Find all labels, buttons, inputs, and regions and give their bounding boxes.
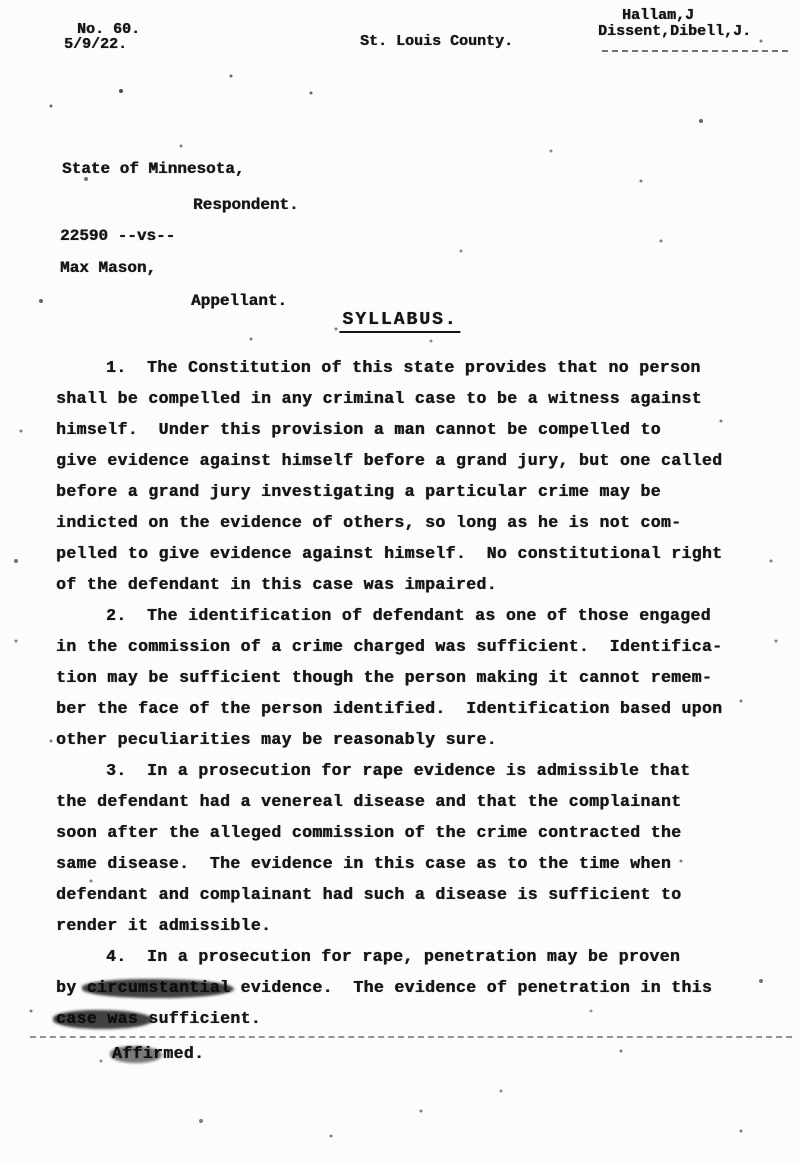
body-line: before a grand jury investigating a part… [56, 476, 756, 507]
syllabus-heading: SYLLABUS. [339, 310, 460, 333]
bottom-dashed-line [30, 1036, 792, 1038]
scanned-court-document: No. 60. 5/9/22. St. Louis County. Hallam… [0, 0, 800, 1163]
paragraph: 2. The identification of defendant as on… [56, 600, 756, 755]
body-text: 1. The Constitution of this state provid… [56, 352, 756, 1034]
case-number-vs: 22590 --vs-- [60, 227, 360, 245]
ink-smudge [53, 1010, 153, 1029]
docket-number: No. 60. [64, 22, 140, 37]
body-line: 3. In a prosecution for rape evidence is… [56, 755, 756, 786]
body-line: 2. The identification of defendant as on… [56, 600, 756, 631]
body-line: indicted on the evidence of others, so l… [56, 507, 756, 538]
plaintiff-name: State of Minnesota, [62, 160, 462, 178]
paragraph: 3. In a prosecution for rape evidence is… [56, 755, 756, 941]
header-judges-block: Hallam,J Dissent,Dibell,J. [598, 8, 751, 40]
defendant-name: Max Mason, [60, 259, 360, 277]
body-line: case was sufficient. [56, 1003, 756, 1034]
body-line: the defendant had a venereal disease and… [56, 786, 756, 817]
paragraph: 1. The Constitution of this state provid… [56, 352, 756, 600]
body-line: other peculiarities may be reasonably su… [56, 724, 756, 755]
body-line: same disease. The evidence in this case … [56, 848, 756, 879]
ink-smudge [82, 979, 234, 998]
body-line: render it admissible. [56, 910, 756, 941]
body-line: tion may be sufficient though the person… [56, 662, 756, 693]
body-line: shall be compelled in any criminal case … [56, 383, 756, 414]
ink-smudge [110, 1046, 162, 1063]
body-line: of the defendant in this case was impair… [56, 569, 756, 600]
filing-date: 5/9/22. [64, 37, 140, 52]
body-line: give evidence against himself before a g… [56, 445, 756, 476]
dissenting-judge: Dissent,Dibell,J. [598, 24, 751, 40]
defendant-role: Appellant. [191, 292, 491, 310]
county-label: St. Louis County. [360, 33, 513, 50]
body-line: ber the face of the person identified. I… [56, 693, 756, 724]
body-line: himself. Under this provision a man cann… [56, 414, 756, 445]
body-line: in the commission of a crime charged was… [56, 631, 756, 662]
judges-dashed-underline [602, 50, 788, 52]
body-line: pelled to give evidence against himself.… [56, 538, 756, 569]
plaintiff-role: Respondent. [193, 196, 493, 214]
authoring-judge: Hallam,J [598, 8, 751, 24]
body-line: defendant and complainant had such a dis… [56, 879, 756, 910]
body-line: 4. In a prosecution for rape, penetratio… [56, 941, 756, 972]
body-line: 1. The Constitution of this state provid… [56, 352, 756, 383]
body-line: soon after the alleged commission of the… [56, 817, 756, 848]
header-docket-block: No. 60. 5/9/22. [64, 22, 140, 52]
